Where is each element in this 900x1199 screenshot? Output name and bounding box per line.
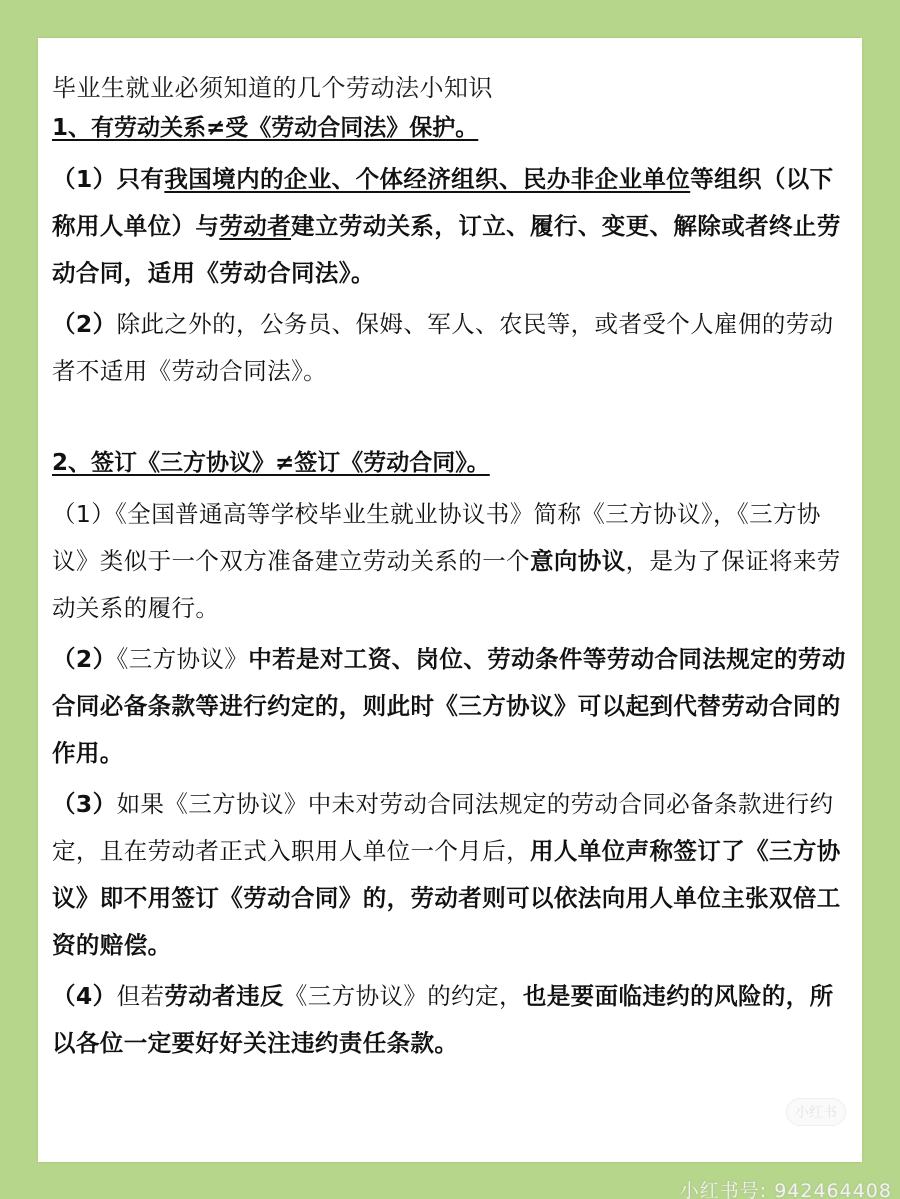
text-run: 劳动者	[219, 212, 291, 240]
text-run: （2）	[52, 645, 117, 673]
text-run: 我国境内的企业、个体经济组织、民办非企业单位	[164, 165, 690, 193]
text-run: 但若	[117, 982, 165, 1010]
section-1-heading: 1、有劳动关系≠受《劳动合同法》保护。	[52, 112, 478, 144]
section-1-paragraph-1: （1）只有我国境内的企业、个体经济组织、民办非企业单位等组织（以下称用人单位）与…	[52, 156, 852, 297]
section-2-paragraph-2: （2）《三方协议》中若是对工资、岗位、劳动条件等劳动合同法规定的劳动合同必备条款…	[52, 636, 852, 777]
xiaohongshu-logo-watermark: 小红书	[786, 1098, 846, 1126]
text-run: （3）	[52, 790, 117, 818]
document-content: 毕业生就业必须知道的几个劳动法小知识 1、有劳动关系≠受《劳动合同法》保护。 （…	[52, 72, 852, 1067]
section-2-paragraph-4: （4）但若劳动者违反《三方协议》的约定，也是要面临违约的风险的，所以各位一定要好…	[52, 973, 852, 1067]
section-2-paragraph-1: （1）《全国普通高等学校毕业生就业协议书》简称《三方协议》，《三方协议》类似于一…	[52, 491, 852, 632]
document-title: 毕业生就业必须知道的几个劳动法小知识	[52, 72, 852, 104]
xiaohongshu-id-watermark: 小红书号: 942464408	[680, 1176, 892, 1199]
text-run: 意向协议	[530, 547, 626, 575]
text-run: 劳动者违反	[164, 982, 284, 1010]
text-run: 只有	[117, 165, 165, 193]
document-card: 毕业生就业必须知道的几个劳动法小知识 1、有劳动关系≠受《劳动合同法》保护。 （…	[38, 38, 862, 1162]
text-run: （1）	[52, 165, 117, 193]
section-2-heading: 2、签订《三方协议》≠签订《劳动合同》。	[52, 447, 490, 479]
text-run: 《三方协议》的约定，	[284, 982, 523, 1010]
section-1-paragraph-2: （2）除此之外的，公务员、保姆、军人、农民等，或者受个人雇佣的劳动者不适用《劳动…	[52, 301, 852, 395]
text-run: 《三方协议》	[117, 645, 249, 673]
text-run: （2）	[52, 310, 117, 338]
text-run: 除此之外的，公务员、保姆、军人、农民等，或者受个人雇佣的劳动者不适用《劳动合同法…	[52, 310, 834, 385]
text-run: （4）	[52, 982, 117, 1010]
section-2-paragraph-3: （3）如果《三方协议》中未对劳动合同法规定的劳动合同必备条款进行约定，且在劳动者…	[52, 781, 852, 969]
